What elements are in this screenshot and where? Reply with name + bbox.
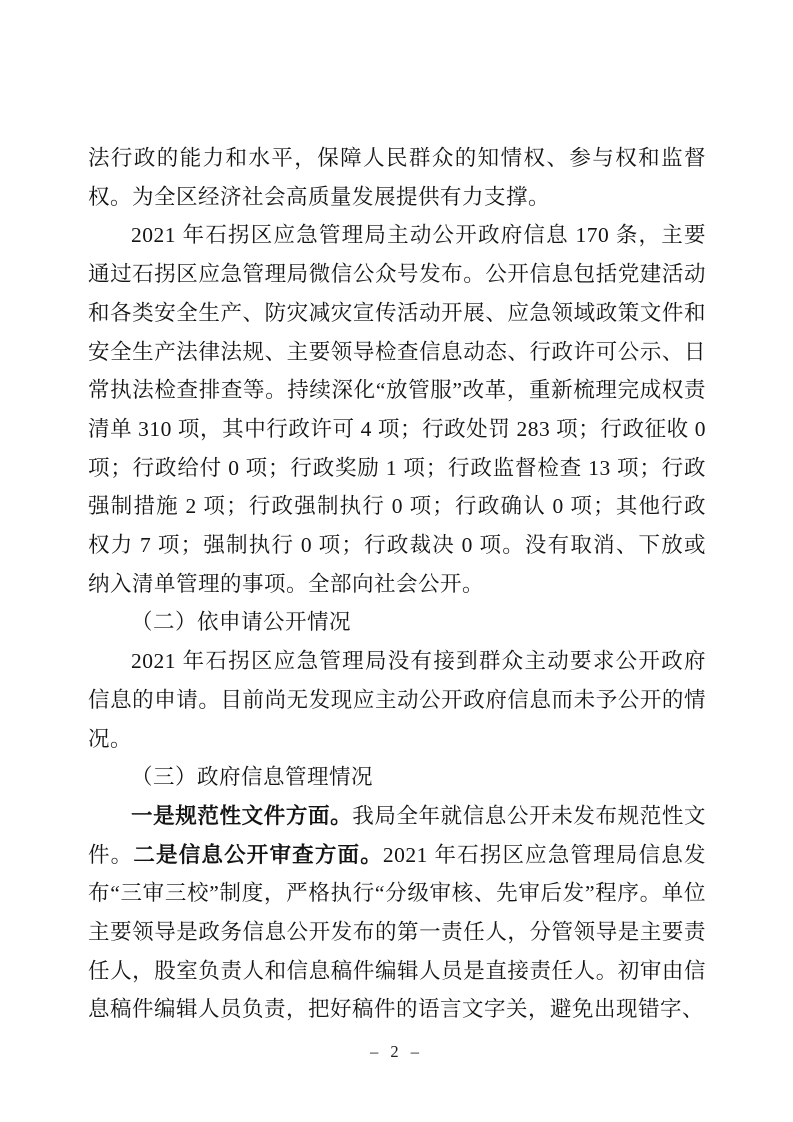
document-page: 法行政的能力和水平，保障人民群众的知情权、参与权和监督权。为全区经济社会高质量发… <box>0 0 793 1122</box>
document-body: 法行政的能力和水平，保障人民群众的知情权、参与权和监督权。为全区经济社会高质量发… <box>88 139 706 1029</box>
section-heading-info-management: （三）政府信息管理情况 <box>88 758 706 797</box>
page-number: – 2 – <box>0 1040 793 1064</box>
bold-lead-disclosure-review: 二是信息公开审查方面。 <box>133 843 383 867</box>
bold-lead-normative-documents: 一是规范性文件方面。 <box>131 804 352 828</box>
paragraph-info-management: 一是规范性文件方面。我局全年就信息公开未发布规范性文件。二是信息公开审查方面。2… <box>88 797 706 1029</box>
paragraph-on-request: 2021 年石拐区应急管理局没有接到群众主动要求公开政府信息的申请。目前尚无发现… <box>88 642 706 758</box>
section-heading-on-request: （二）依申请公开情况 <box>88 603 706 642</box>
paragraph-continuation: 法行政的能力和水平，保障人民群众的知情权、参与权和监督权。为全区经济社会高质量发… <box>88 139 706 216</box>
text-run-disclosure-review: 2021 年石拐区应急管理局信息发布“三审三校”制度，严格执行“分级审核、先审后… <box>88 843 706 1022</box>
paragraph-active-disclosure: 2021 年石拐区应急管理局主动公开政府信息 170 条，主要通过石拐区应急管理… <box>88 216 706 603</box>
